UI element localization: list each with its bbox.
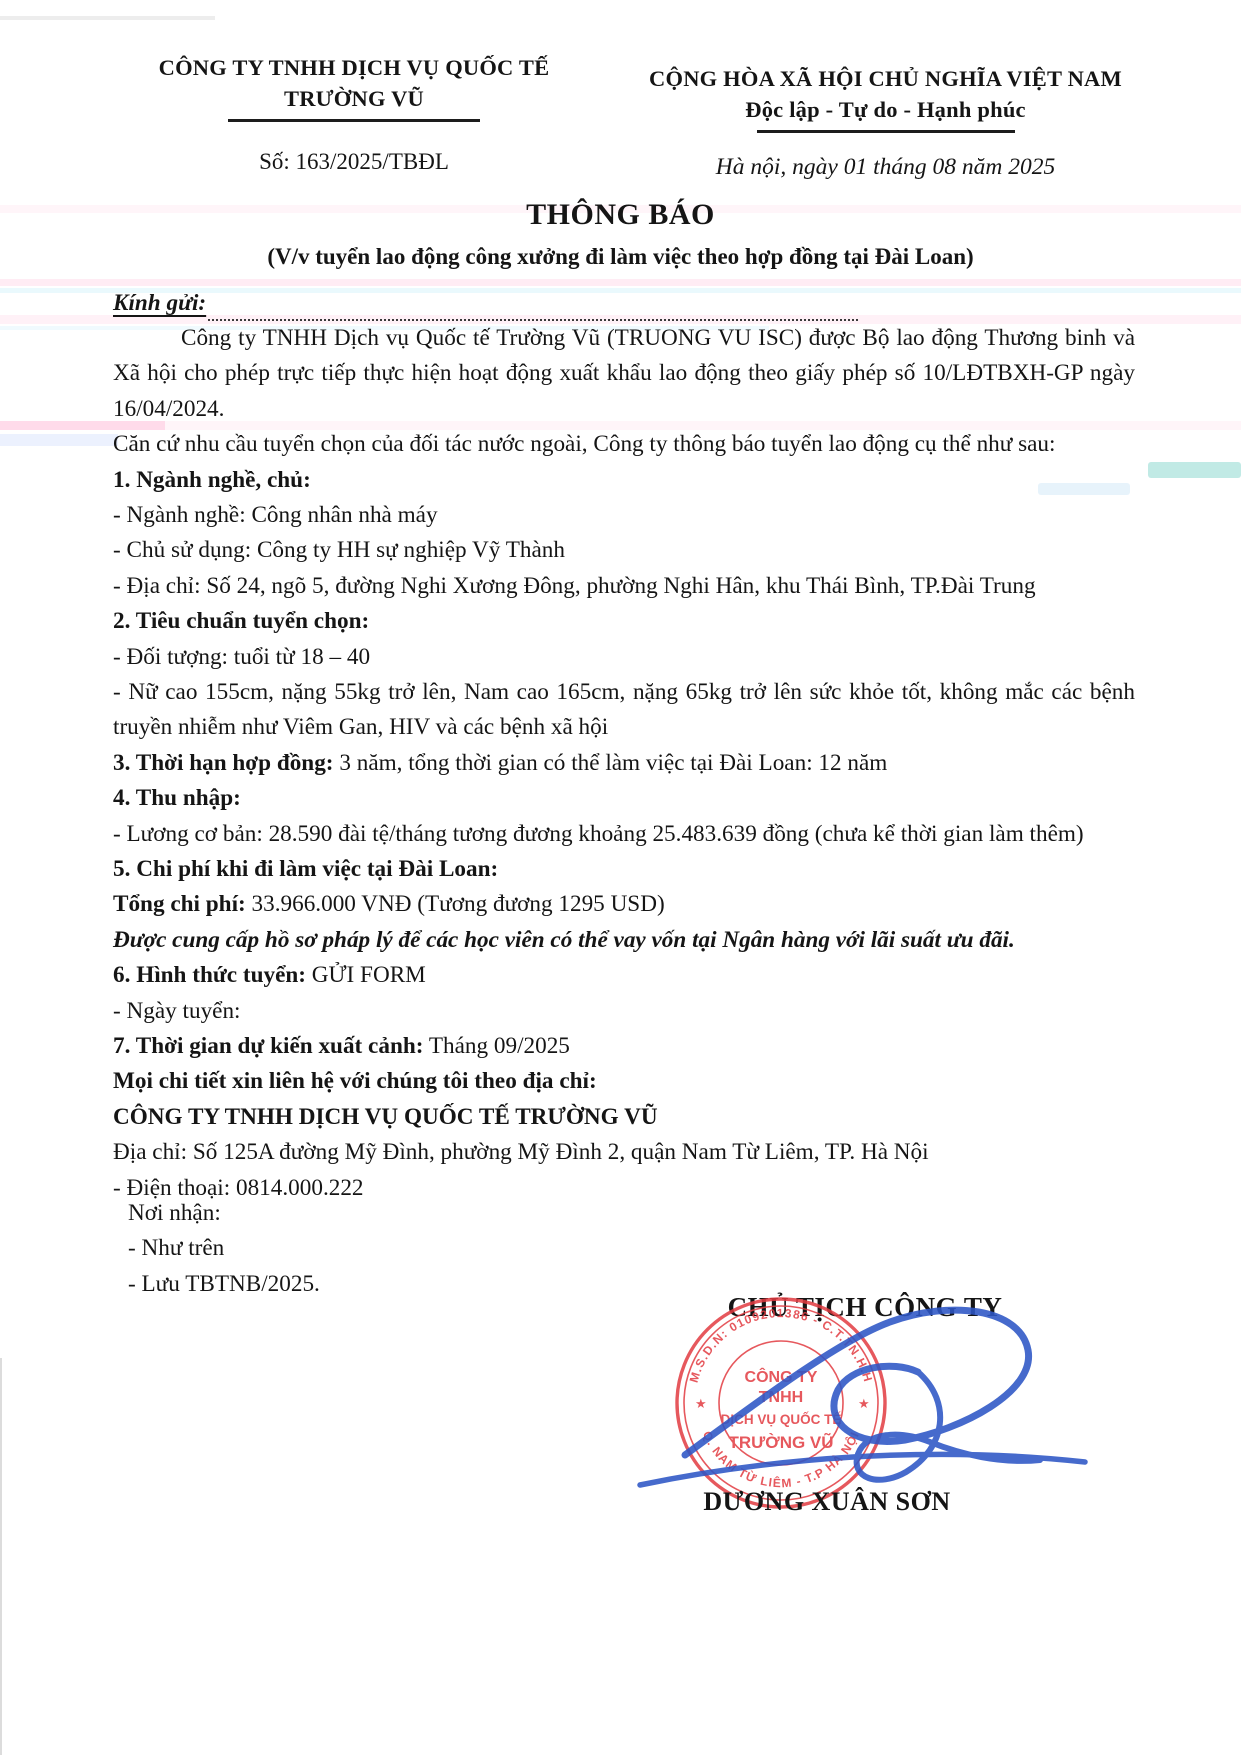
section-7-label: 7. Thời gian dự kiến xuất cảnh: <box>113 1033 423 1059</box>
contact-address: Địa chỉ: Số 125A đường Mỹ Đình, phường M… <box>113 1135 1135 1170</box>
section-1-item-address: - Địa chỉ: Số 24, ngõ 5, đường Nghi Xươn… <box>113 569 1135 604</box>
section-5-text: 33.966.000 VNĐ (Tương đương 1295 USD) <box>246 891 665 917</box>
section-6-label: 6. Hình thức tuyển: <box>113 962 306 988</box>
section-3-label: 3. Thời hạn hợp đồng: <box>113 750 334 776</box>
section-1-heading: 1. Ngành nghề, chủ: <box>113 463 1135 498</box>
signer-name: DƯƠNG XUÂN SƠN <box>662 1487 992 1517</box>
company-name-line2: TRƯỜNG VŨ <box>128 83 580 114</box>
section-3-text: 3 năm, tổng thời gian có thể làm việc tạ… <box>334 750 888 776</box>
header-company-block: CÔNG TY TNHH DỊCH VỤ QUỐC TẾ TRƯỜNG VŨ S… <box>128 52 580 181</box>
section-2-heading: 2. Tiêu chuẩn tuyển chọn: <box>113 604 1135 639</box>
section-5-loan-note: Được cung cấp hồ sơ pháp lý để các học v… <box>113 923 1135 958</box>
header-national-block: CỘNG HÒA XÃ HỘI CHỦ NGHĨA VIỆT NAM Độc l… <box>580 52 1191 181</box>
contact-company-name: CÔNG TY TNHH DỊCH VỤ QUỐC TẾ TRƯỜNG VŨ <box>113 1100 1135 1135</box>
paragraph-basis: Căn cứ nhu cầu tuyển chọn của đối tác nư… <box>113 427 1135 462</box>
scan-artifact <box>0 1358 2 1755</box>
dotted-leader <box>208 291 858 321</box>
section-5-label: Tổng chi phí: <box>113 891 246 917</box>
paragraph-intro: Công ty TNHH Dịch vụ Quốc tế Trường Vũ (… <box>113 321 1135 427</box>
section-5-heading: 5. Chi phí khi đi làm việc tại Đài Loan: <box>113 852 1135 887</box>
section-3-contract-term: 3. Thời hạn hợp đồng: 3 năm, tổng thời g… <box>113 746 1135 781</box>
recipients-label: Nơi nhận: <box>128 1196 320 1231</box>
section-4-item-salary: - Lương cơ bản: 28.590 đài tệ/tháng tươn… <box>113 817 1135 852</box>
document-title: THÔNG BÁO <box>0 197 1241 233</box>
document-number: Số: 163/2025/TBĐL <box>128 149 580 175</box>
national-motto-line2: Độc lập - Tự do - Hạnh phúc <box>580 94 1191 125</box>
section-1-item-employer: - Chủ sử dụng: Công ty HH sự nghiệp Vỹ T… <box>113 533 1135 568</box>
document-header: CÔNG TY TNHH DỊCH VỤ QUỐC TẾ TRƯỜNG VŨ S… <box>0 0 1241 181</box>
recipients-block: Nơi nhận: - Như trên - Lưu TBTNB/2025. <box>128 1196 320 1302</box>
section-7-departure: 7. Thời gian dự kiến xuất cảnh: Tháng 09… <box>113 1029 1135 1064</box>
salutation-row: Kính gửi: <box>113 286 1135 321</box>
section-1-item-trade: - Ngành nghề: Công nhân nhà máy <box>113 498 1135 533</box>
header-left-rule <box>228 119 480 122</box>
section-5-total-cost: Tổng chi phí: 33.966.000 VNĐ (Tương đươn… <box>113 887 1135 922</box>
section-2-item-health: - Nữ cao 155cm, nặng 55kg trở lên, Nam c… <box>113 675 1135 746</box>
section-4-heading: 4. Thu nhập: <box>113 781 1135 816</box>
salutation-label: Kính gửi: <box>113 286 208 321</box>
document-page: CÔNG TY TNHH DỊCH VỤ QUỐC TẾ TRƯỜNG VŨ S… <box>0 0 1241 1755</box>
national-motto-line1: CỘNG HÒA XÃ HỘI CHỦ NGHĨA VIỆT NAM <box>580 63 1191 94</box>
document-body: Kính gửi: Công ty TNHH Dịch vụ Quốc tế T… <box>0 274 1241 1207</box>
section-6-method: 6. Hình thức tuyển: GỬI FORM <box>113 958 1135 993</box>
section-6-text: GỬI FORM <box>306 962 426 988</box>
document-subtitle: (V/v tuyển lao động công xưởng đi làm vi… <box>0 239 1241 274</box>
signature-stroke <box>685 1310 1029 1455</box>
company-name-line1: CÔNG TY TNHH DỊCH VỤ QUỐC TẾ <box>128 52 580 83</box>
contact-intro: Mọi chi tiết xin liên hệ với chúng tôi t… <box>113 1064 1135 1099</box>
section-7-text: Tháng 09/2025 <box>423 1033 569 1059</box>
signature-flourish-stroke <box>640 1454 1085 1485</box>
recipient-item: - Lưu TBTNB/2025. <box>128 1267 320 1302</box>
recipient-item: - Như trên <box>128 1231 320 1266</box>
section-2-item-age: - Đối tượng: tuổi từ 18 – 40 <box>113 640 1135 675</box>
place-date-line: Hà nội, ngày 01 tháng 08 năm 2025 <box>580 154 1191 181</box>
header-right-rule <box>757 130 1015 133</box>
section-6-item-date: - Ngày tuyển: <box>113 994 1135 1029</box>
handwritten-signature <box>600 1280 1160 1510</box>
